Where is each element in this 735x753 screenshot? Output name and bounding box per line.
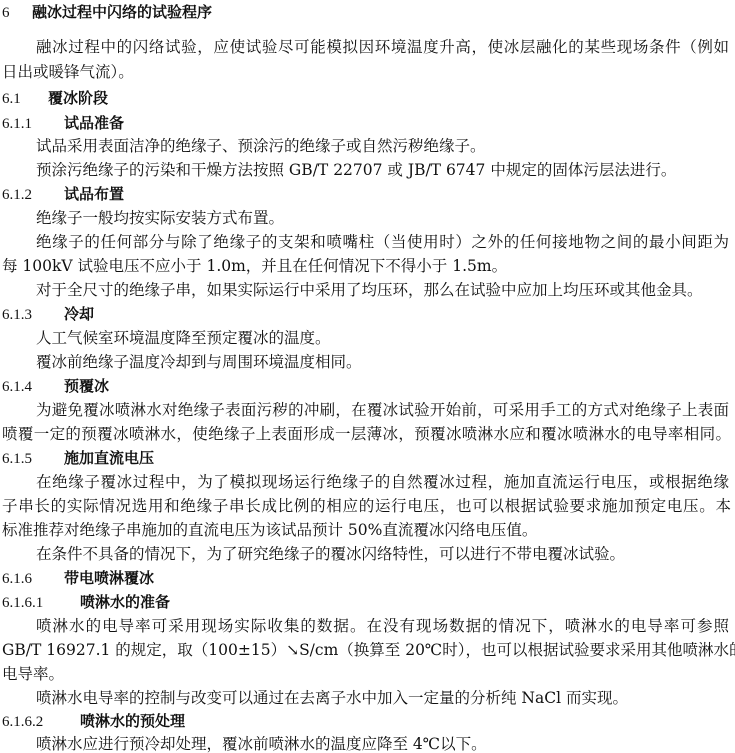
section-number: 6.1.6.1 (2, 593, 80, 613)
section-title: 施加直流电压 (64, 449, 154, 467)
paragraph-line: 覆冰前绝缘子温度冷却到与周围环境温度相同。 (36, 352, 362, 372)
section-number: 6.1.2 (2, 185, 64, 205)
section-title: 喷淋水的准备 (80, 593, 170, 611)
section-number: 6.1.4 (2, 377, 64, 397)
section-title: 带电喷淋覆冰 (64, 569, 154, 587)
paragraph-line: 人工气候室环境温度降至预定覆冰的温度。 (36, 328, 331, 348)
section-number: 6.1.6 (2, 569, 64, 589)
section-number: 6.1.5 (2, 449, 64, 469)
paragraph-line: 融冰过程中的闪络试验，应使试验尽可能模拟因环境温度升高，使冰层融化的某些现场条件… (36, 37, 729, 57)
section-number: 6.1.1 (2, 114, 64, 134)
paragraph-line: GB/T 16927.1 的规定，取（100±15）↘S/cm（换算至 20℃时… (2, 640, 731, 660)
section-heading-6-1-6-1: 6.1.6.1喷淋水的准备 (2, 592, 170, 613)
section-heading-6-1-2: 6.1.2试品布置 (2, 184, 124, 205)
section-number: 6.1.6.2 (2, 712, 80, 732)
paragraph-line: 电导率。 (2, 664, 64, 684)
section-heading-6: 6融冰过程中闪络的试验程序 (2, 2, 212, 23)
paragraph-line: 子串长的实际情况选用和绝缘子串长成比例的相应的运行电压，也可以根据试验要求施加预… (2, 496, 731, 516)
section-title: 喷淋水的预处理 (80, 712, 185, 730)
paragraph-line: 标准推荐对绝缘子串施加的直流电压为该试品预计 50%直流覆冰闪络电压值。 (2, 520, 537, 540)
paragraph-line: 为避免覆冰喷淋水对绝缘子表面污秽的冲刷，在覆冰试验开始前，可采用手工的方式对绝缘… (36, 400, 729, 420)
section-title: 融冰过程中闪络的试验程序 (32, 3, 212, 21)
section-title: 预覆冰 (64, 377, 109, 395)
section-title: 试品准备 (64, 114, 124, 132)
section-heading-6-1-6: 6.1.6带电喷淋覆冰 (2, 568, 154, 589)
section-number: 6.1 (2, 89, 48, 109)
paragraph-line: 绝缘子的任何部分与除了绝缘子的支架和喷嘴柱（当使用时）之外的任何接地物之间的最小… (36, 232, 729, 252)
paragraph-line: 喷覆一定的预覆冰喷淋水，使绝缘子上表面形成一层薄冰，预覆冰喷淋水应和覆冰喷淋水的… (2, 424, 731, 444)
section-heading-6-1-3: 6.1.3冷却 (2, 304, 94, 325)
paragraph-line: 喷淋水的电导率可采用现场实际收集的数据。在没有现场数据的情况下，喷淋水的电导率可… (36, 616, 729, 636)
paragraph-line: 喷淋水应进行预冷却处理，覆冰前喷淋水的温度应降至 4℃以下。 (36, 734, 487, 753)
paragraph-line: 试品采用表面洁净的绝缘子、预涂污的绝缘子或自然污秽绝缘子。 (36, 136, 486, 156)
section-heading-6-1-5: 6.1.5施加直流电压 (2, 448, 154, 469)
section-title: 试品布置 (64, 185, 124, 203)
section-heading-6-1: 6.1覆冰阶段 (2, 88, 108, 109)
paragraph-line: 绝缘子一般均按实际安装方式布置。 (36, 208, 284, 228)
paragraph-line: 喷淋水电导率的控制与改变可以通过在去离子水中加入一定量的分析纯 NaCl 而实现… (36, 688, 628, 708)
paragraph-line: 在绝缘子覆冰过程中，为了模拟现场运行绝缘子的自然覆冰过程，施加直流运行电压，或根… (36, 472, 729, 492)
paragraph-line: 日出或暖锋气流）。 (2, 62, 134, 82)
section-heading-6-1-4: 6.1.4预覆冰 (2, 376, 109, 397)
paragraph-line: 在条件不具备的情况下，为了研究绝缘子的覆冰闪络特性，可以进行不带电覆冰试验。 (36, 544, 625, 564)
section-heading-6-1-1: 6.1.1试品准备 (2, 113, 124, 134)
paragraph-line: 预涂污绝缘子的污染和干燥方法按照 GB/T 22707 或 JB/T 6747 … (36, 160, 676, 180)
section-heading-6-1-6-2: 6.1.6.2喷淋水的预处理 (2, 711, 185, 732)
section-number: 6 (2, 3, 32, 23)
section-number: 6.1.3 (2, 305, 64, 325)
paragraph-line: 对于全尺寸的绝缘子串，如果实际运行中采用了均压环，那么在试验中应加上均压环或其他… (36, 280, 703, 300)
paragraph-line: 每 100kV 试验电压不应小于 1.0m，并且在任何情况下不得小于 1.5m。 (2, 256, 507, 276)
section-title: 冷却 (64, 305, 94, 323)
section-title: 覆冰阶段 (48, 89, 108, 107)
